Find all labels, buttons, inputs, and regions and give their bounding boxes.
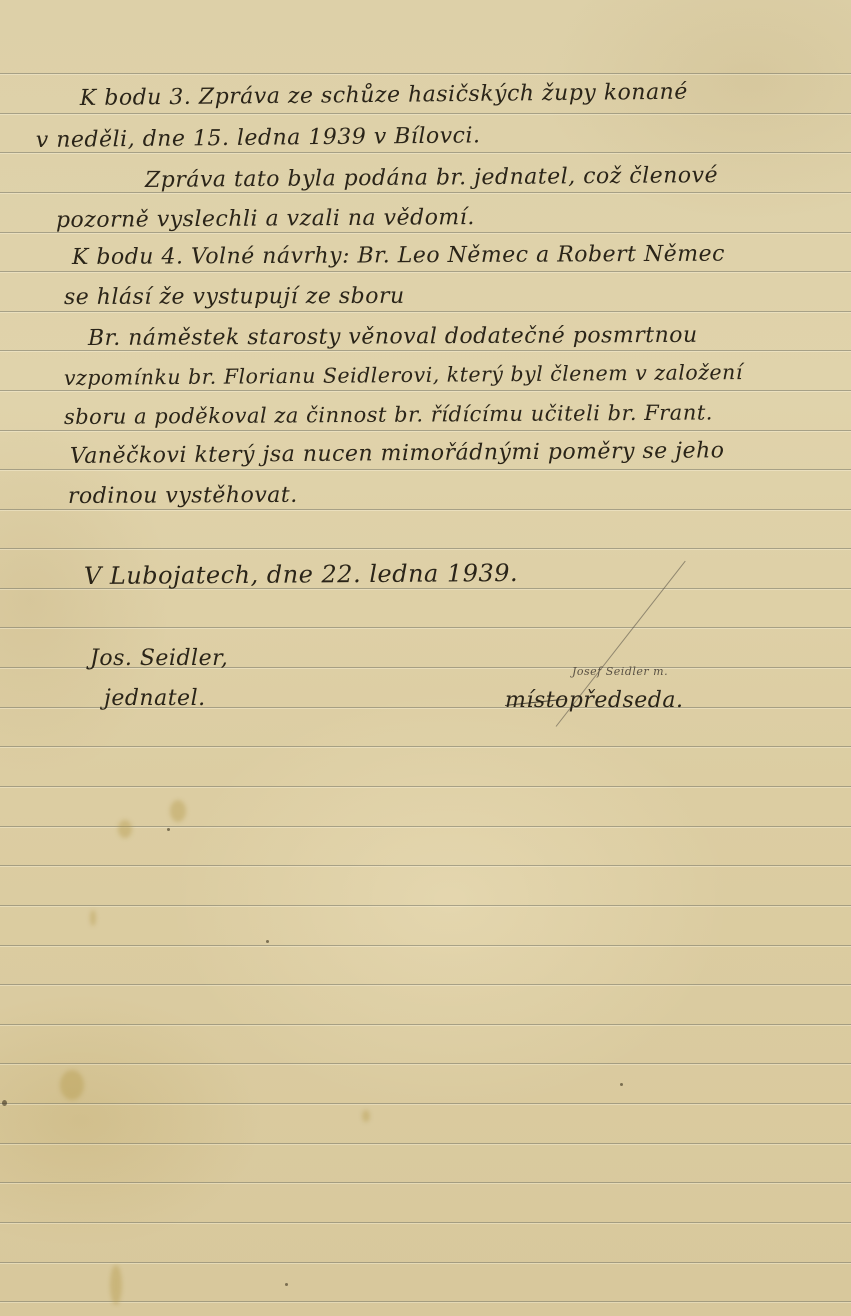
ruled-line xyxy=(0,1182,851,1183)
ink-speck xyxy=(266,940,269,943)
age-stain xyxy=(118,820,132,838)
ruled-line xyxy=(0,548,851,549)
ruled-line xyxy=(0,73,851,74)
place-date: V Lubojatech, dne 22. ledna 1939. xyxy=(84,559,518,590)
age-stain xyxy=(90,910,96,926)
text-line: se hlásí že vystupují ze sboru xyxy=(64,284,405,310)
text-line: v neděli, dne 15. ledna 1939 v Bílovci. xyxy=(36,123,481,153)
ruled-line xyxy=(0,1301,851,1302)
ruled-line xyxy=(0,1063,851,1064)
ruled-line xyxy=(0,945,851,946)
ruled-line xyxy=(0,786,851,787)
ruled-line xyxy=(0,430,851,431)
signature-left-name: Jos. Seidler, xyxy=(90,646,228,671)
signature-left-role: jednatel. xyxy=(104,686,206,711)
text-line: K bodu 3. Zpráva ze schůze hasičských žu… xyxy=(80,80,688,111)
ink-speck xyxy=(285,1283,288,1286)
ruled-line xyxy=(0,746,851,747)
age-stain xyxy=(60,1070,84,1100)
text-line: vzpomínku br. Florianu Seidlerovi, který… xyxy=(64,360,743,390)
ink-speck xyxy=(620,1083,623,1086)
ruled-line xyxy=(0,390,851,391)
age-stain xyxy=(170,800,186,822)
ruled-line xyxy=(0,509,851,510)
ruled-line xyxy=(0,1143,851,1144)
ruled-line xyxy=(0,271,851,272)
text-line: rodinou vystěhovat. xyxy=(68,483,298,509)
ruled-line xyxy=(0,113,851,114)
ruled-line xyxy=(0,627,851,628)
ruled-line xyxy=(0,1024,851,1025)
signature-right-role: místopředseda. xyxy=(505,688,683,713)
ruled-line xyxy=(0,1262,851,1263)
document-page: K bodu 3. Zpráva ze schůze hasičských žu… xyxy=(0,0,851,1316)
text-line: Br. náměstek starosty věnoval dodatečné … xyxy=(88,323,698,351)
text-line: Vaněčkovi který jsa nucen mimořádnými po… xyxy=(70,438,725,469)
ruled-line xyxy=(0,984,851,985)
ruled-line xyxy=(0,1222,851,1223)
ruled-line xyxy=(0,469,851,470)
ruled-line xyxy=(0,311,851,312)
ink-speck xyxy=(2,1100,7,1106)
ruled-line xyxy=(0,865,851,866)
ruled-line xyxy=(0,905,851,906)
ruled-line xyxy=(0,192,851,193)
ruled-line xyxy=(0,152,851,153)
ink-speck xyxy=(167,828,170,831)
age-stain xyxy=(362,1110,370,1122)
ruled-line xyxy=(0,1103,851,1104)
text-line: K bodu 4. Volné návrhy: Br. Leo Němec a … xyxy=(72,242,725,270)
text-line: pozorně vyslechli a vzali na vědomí. xyxy=(56,205,475,233)
signature-right-scribble: Josef Seidler m. xyxy=(572,665,668,678)
text-line: Zpráva tato byla podána br. jednatel, co… xyxy=(145,163,718,193)
text-line: sboru a poděkoval za činnost br. řídícím… xyxy=(64,400,713,429)
age-stain xyxy=(110,1265,122,1305)
